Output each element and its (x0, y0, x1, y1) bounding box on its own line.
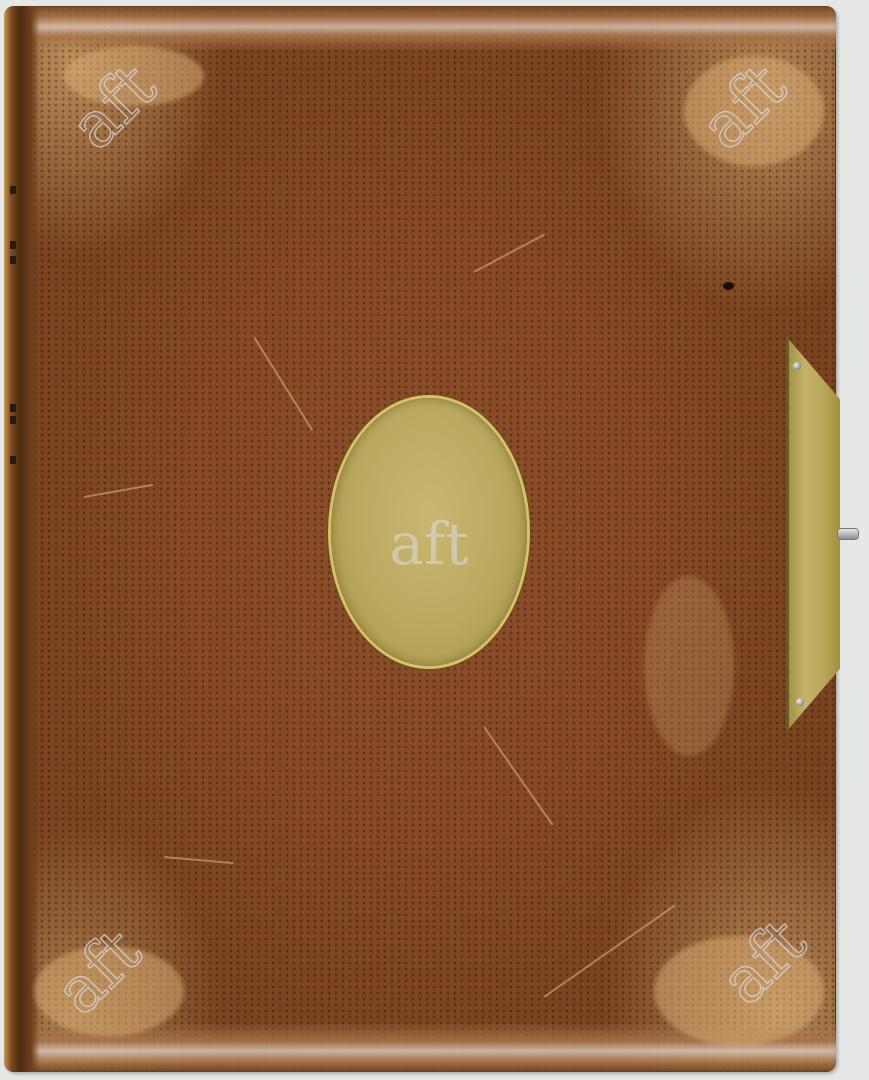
clasp-rivet-bottom (796, 698, 804, 706)
book-spine-edge (4, 6, 40, 1072)
brass-clasp (786, 336, 840, 732)
brass-oval-cartouche: aft (331, 398, 527, 666)
spine-notch (10, 416, 16, 424)
clasp-rivet-top (793, 362, 801, 370)
clasp-pin (838, 529, 858, 539)
spine-notch (10, 186, 16, 194)
photo-scene: aft aft aft aft aft (0, 0, 869, 1080)
spine-notch (10, 241, 16, 249)
spine-notch (10, 404, 16, 412)
spine-notch (10, 456, 16, 464)
spine-notch (10, 256, 16, 264)
leather-hole (723, 282, 734, 290)
wear-scuff (644, 576, 734, 756)
watermark-center: aft (331, 510, 527, 578)
brass-clasp-edge (786, 336, 789, 732)
